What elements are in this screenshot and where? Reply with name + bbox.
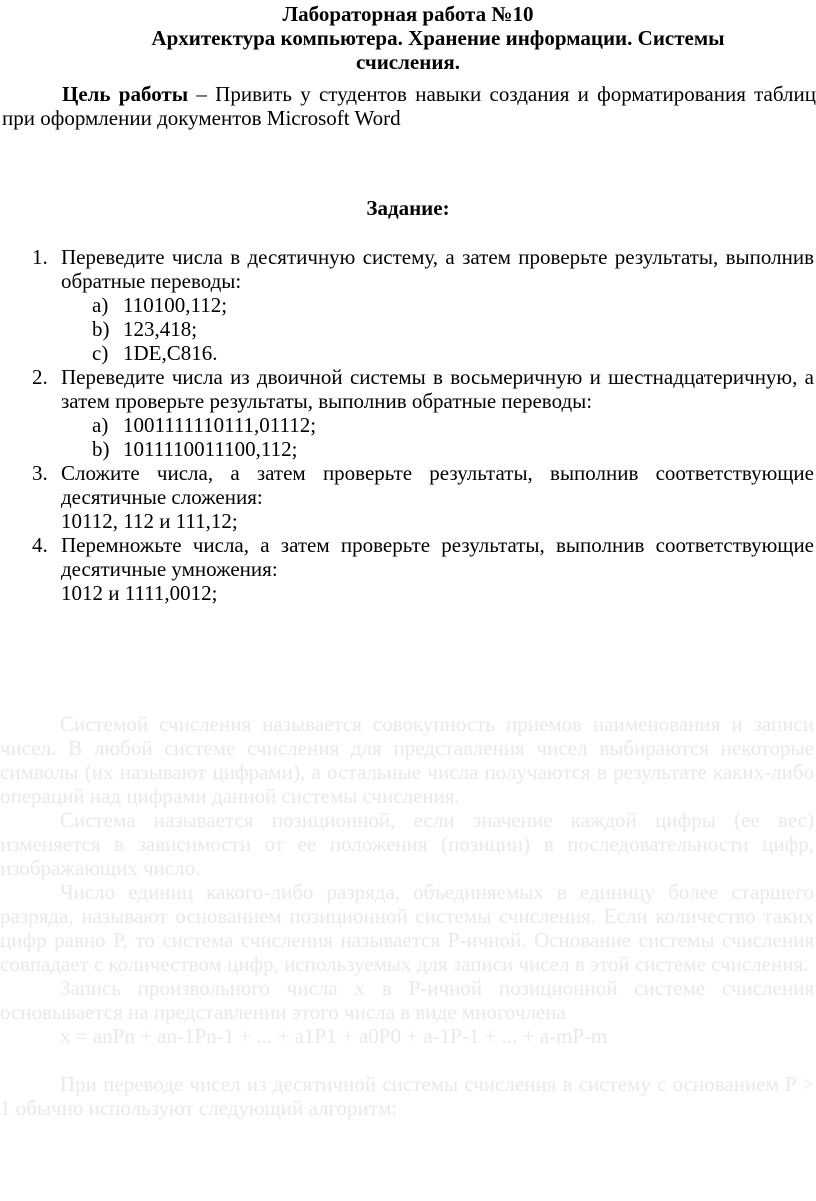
task-text: Сложите числа, а затем проверьте результ… bbox=[61, 461, 814, 509]
task-item-4: 4. Перемножьте числа, а затем проверьте … bbox=[0, 533, 816, 605]
subitem-letter: a) bbox=[92, 413, 108, 437]
subitem-letter: a) bbox=[92, 293, 108, 317]
subitem-value: 1DE,C816. bbox=[123, 341, 218, 365]
faded-formula: x = anPn + an-1Pn-1 + ... + a1P1 + a0P0 … bbox=[0, 1024, 814, 1048]
subitem-letter: b) bbox=[92, 317, 110, 341]
document-page: Лабораторная работа №10 Архитектура комп… bbox=[0, 0, 816, 1201]
task-subitems: a)110100,112; b)123,418; c)1DE,C816. bbox=[61, 293, 814, 365]
subitem-letter: c) bbox=[92, 341, 108, 365]
faded-paragraph: Система называется позиционной, если зна… bbox=[0, 808, 814, 880]
subitem-value: 110100,112; bbox=[123, 293, 227, 317]
subitem: b)123,418; bbox=[61, 317, 814, 341]
faded-paragraph: Системой счисления называется совокупнос… bbox=[0, 712, 814, 808]
subitem-value: 1001111110111,01112; bbox=[123, 413, 316, 437]
task-item-1: 1. Переведите числа в десятичную систему… bbox=[0, 245, 816, 365]
goal-label: Цель работы bbox=[62, 82, 188, 106]
task-number: 1. bbox=[32, 245, 48, 269]
title-line-2: Архитектура компьютера. Хранение информа… bbox=[0, 26, 816, 50]
spacer bbox=[0, 1048, 814, 1072]
faded-paragraph: При переводе чисел из десятичной системы… bbox=[0, 1072, 814, 1120]
title-line-1: Лабораторная работа №10 bbox=[0, 0, 816, 26]
faded-paragraph: Число единиц какого-либо разряда, объеди… bbox=[0, 880, 814, 976]
task-item-3: 3. Сложите числа, а затем проверьте резу… bbox=[0, 461, 816, 533]
task-text: Переведите числа из двоичной системы в в… bbox=[61, 365, 814, 413]
faded-preview-text: Системой счисления называется совокупнос… bbox=[0, 712, 816, 1120]
subitem-value: 123,418; bbox=[123, 317, 197, 341]
subitem: a)1001111110111,01112; bbox=[61, 413, 814, 437]
title-line-3: счисления. bbox=[0, 50, 816, 74]
task-number: 2. bbox=[32, 365, 48, 389]
subitem: a)110100,112; bbox=[61, 293, 814, 317]
task-text: Перемножьте числа, а затем проверьте рез… bbox=[61, 533, 814, 581]
subitem: c)1DE,C816. bbox=[61, 341, 814, 365]
task-subitems: a)1001111110111,01112; b)1011110011100,1… bbox=[61, 413, 814, 461]
faded-paragraph: Запись произвольного числа x в P-ичной п… bbox=[0, 976, 814, 1024]
task-numbers: 10112, 112 и 111,12; bbox=[61, 509, 814, 533]
task-heading: Задание: bbox=[0, 196, 816, 220]
goal-paragraph: Цель работы – Привить у студентов навыки… bbox=[0, 82, 816, 130]
task-item-2: 2. Переведите числа из двоичной системы … bbox=[0, 365, 816, 461]
subitem-value: 1011110011100,112; bbox=[123, 437, 297, 461]
task-text: Переведите числа в десятичную систему, а… bbox=[61, 245, 814, 293]
subitem: b)1011110011100,112; bbox=[61, 437, 814, 461]
task-numbers: 1012 и 1111,0012; bbox=[61, 581, 814, 605]
task-list: 1. Переведите числа в десятичную систему… bbox=[0, 245, 816, 605]
subitem-letter: b) bbox=[92, 437, 110, 461]
task-number: 3. bbox=[32, 461, 48, 485]
task-number: 4. bbox=[32, 533, 48, 557]
document-title: Лабораторная работа №10 Архитектура комп… bbox=[0, 0, 816, 74]
